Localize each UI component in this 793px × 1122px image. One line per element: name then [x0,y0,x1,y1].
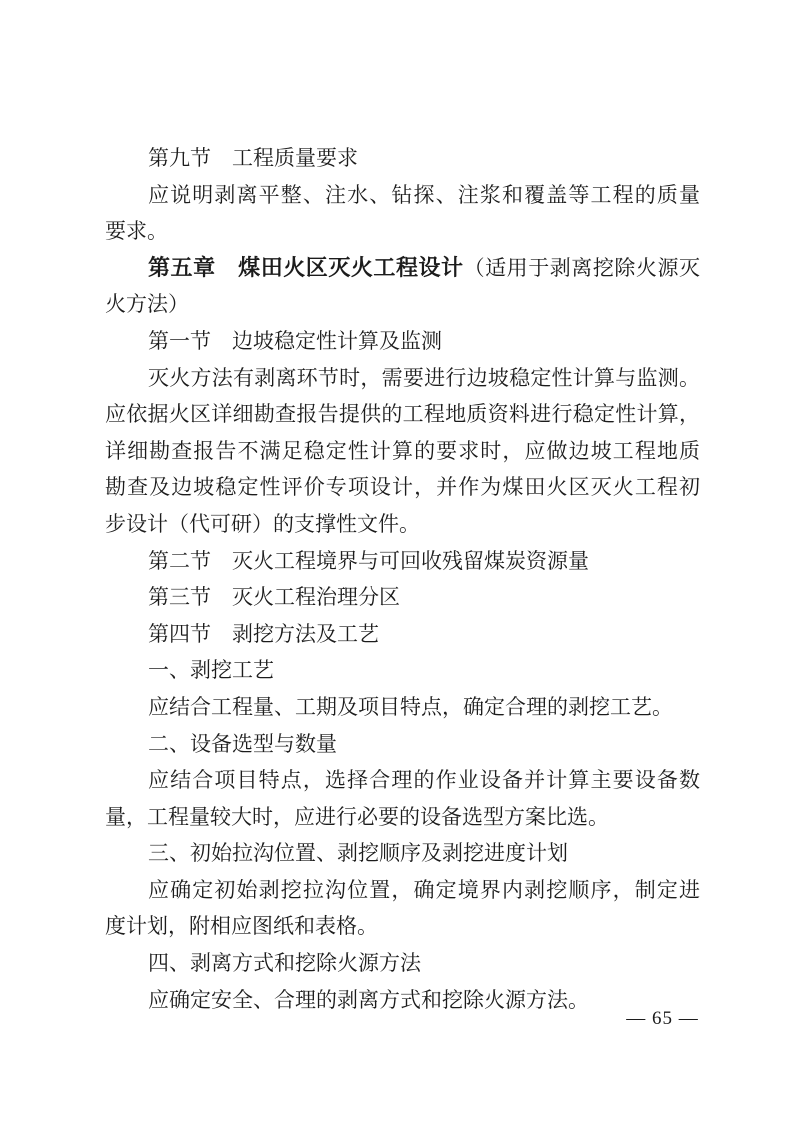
body-text: 应结合项目特点，选择合理的作业设备并计算主要设备数 [148,768,700,792]
body-text: 应说明剥离平整、注水、钻探、注浆和覆盖等工程的质量 [148,183,700,207]
body-text: 应依据火区详细勘查报告提供的工程地质资料进行稳定性计算， [105,402,700,426]
document-line: 应结合项目特点，选择合理的作业设备并计算主要设备数 [105,762,700,799]
body-text: 步设计（代可研）的支撑性文件。 [105,512,420,536]
section-heading-text: 第九节 工程质量要求 [148,146,358,170]
body-text: 灭火方法有剥离环节时，需要进行边坡稳定性计算与监测。 [148,366,700,390]
document-line: 应结合工程量、工期及项目特点，确定合理的剥挖工艺。 [105,689,700,726]
section-heading-text: 第一节 边坡稳定性计算及监测 [148,329,442,353]
document-line: 第三节 灭火工程治理分区 [105,579,700,616]
document-line: 第九节 工程质量要求 [105,140,700,177]
page-number: — 65 — [600,1008,725,1030]
document-line: 应确定初始剥挖拉沟位置，确定境界内剥挖顺序，制定进 [105,872,700,909]
document-line: 量，工程量较大时，应进行必要的设备选型方案比选。 [105,799,700,836]
document-line: 第四节 剥挖方法及工艺 [105,616,700,653]
body-text: 三、初始拉沟位置、剥挖顺序及剥挖进度计划 [148,841,568,865]
document-line: 一、剥挖工艺 [105,652,700,689]
document-content: 第九节 工程质量要求应说明剥离平整、注水、钻探、注浆和覆盖等工程的质量要求。第五… [105,140,700,1018]
section-heading-text: 第四节 剥挖方法及工艺 [148,622,379,646]
document-line: 四、剥离方式和挖除火源方法 [105,945,700,982]
section-heading-text: 第三节 灭火工程治理分区 [148,585,400,609]
body-text: 量，工程量较大时，应进行必要的设备选型方案比选。 [105,805,609,829]
document-line: 火方法） [105,286,700,323]
section-heading-text: 第二节 灭火工程境界与可回收残留煤炭资源量 [148,549,589,573]
body-text: 要求。 [105,219,168,243]
document-line: 三、初始拉沟位置、剥挖顺序及剥挖进度计划 [105,835,700,872]
document-line: 第二节 灭火工程境界与可回收残留煤炭资源量 [105,543,700,580]
document-line: 勘查及边坡稳定性评价专项设计，并作为煤田火区灭火工程初 [105,469,700,506]
body-text: （适用于剥离挖除火源灭 [464,256,700,280]
document-line: 步设计（代可研）的支撑性文件。 [105,506,700,543]
body-text: 度计划，附相应图纸和表格。 [105,914,378,938]
body-text: 勘查及边坡稳定性评价专项设计，并作为煤田火区灭火工程初 [105,475,700,499]
document-line: 应依据火区详细勘查报告提供的工程地质资料进行稳定性计算， [105,396,700,433]
document-line: 灭火方法有剥离环节时，需要进行边坡稳定性计算与监测。 [105,360,700,397]
document-page: 第九节 工程质量要求应说明剥离平整、注水、钻探、注浆和覆盖等工程的质量要求。第五… [0,0,793,1122]
document-line: 度计划，附相应图纸和表格。 [105,908,700,945]
document-line: 详细勘查报告不满足稳定性计算的要求时，应做边坡工程地质 [105,433,700,470]
body-text: 火方法） [105,292,189,316]
body-text: 详细勘查报告不满足稳定性计算的要求时，应做边坡工程地质 [105,439,700,463]
document-line: 二、设备选型与数量 [105,726,700,763]
body-text: 应确定安全、合理的剥离方式和挖除火源方法。 [148,988,589,1012]
body-text: 四、剥离方式和挖除火源方法 [148,951,421,975]
body-text: 二、设备选型与数量 [148,732,337,756]
body-text: 一、剥挖工艺 [148,658,274,682]
body-text: 应结合工程量、工期及项目特点，确定合理的剥挖工艺。 [148,695,673,719]
document-line: 第一节 边坡稳定性计算及监测 [105,323,700,360]
chapter-heading-text: 第五章 煤田火区灭火工程设计 [148,255,464,280]
body-text: 应确定初始剥挖拉沟位置，确定境界内剥挖顺序，制定进 [148,878,700,902]
document-line: 要求。 [105,213,700,250]
document-line: 应说明剥离平整、注水、钻探、注浆和覆盖等工程的质量 [105,177,700,214]
document-line: 第五章 煤田火区灭火工程设计（适用于剥离挖除火源灭 [105,250,700,287]
